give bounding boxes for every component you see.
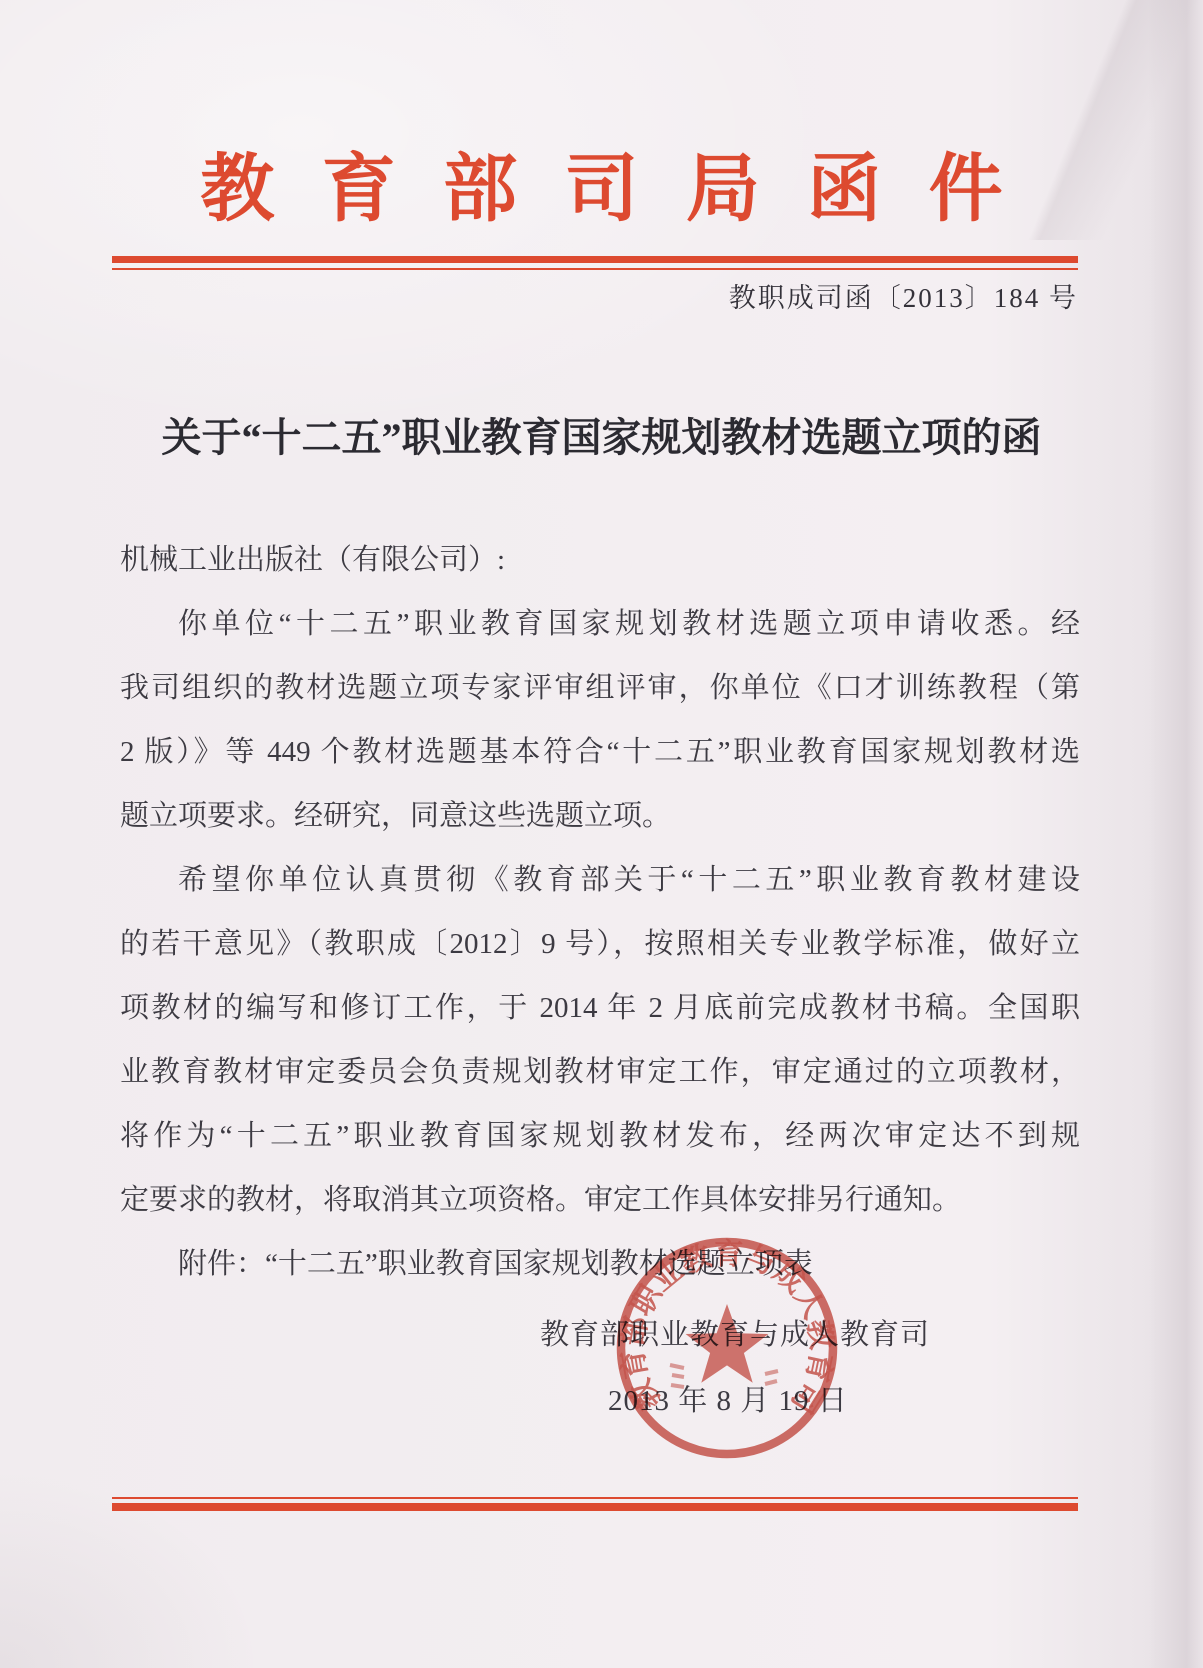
official-seal: 教育部职业教育与成人教育司 bbox=[612, 1233, 842, 1463]
body-line: 我司组织的教材选题立项专家评审组评审，你单位《口才训练教程（第 bbox=[120, 668, 1080, 708]
letter-title: 关于“十二五”职业教育国家规划教材选题立项的函 bbox=[60, 406, 1143, 463]
body-line: 题立项要求。经研究，同意这些选题立项。 bbox=[120, 796, 1080, 836]
body-line: 2 版）》等 449 个教材选题基本符合“十二五”职业教育国家规划教材选 bbox=[120, 732, 1080, 772]
body-line: 你单位“十二五”职业教育国家规划教材选题立项申请收悉。经 bbox=[120, 604, 1080, 644]
body-line: 的若干意见》（教职成〔2012〕9 号），按照相关专业教学标准，做好立 bbox=[120, 924, 1080, 964]
attachment-line: 附件：“十二五”职业教育国家规划教材选题立项表 bbox=[120, 1244, 1080, 1284]
body-line: 业教育教材审定委员会负责规划教材审定工作，审定通过的立项教材， bbox=[120, 1052, 1080, 1092]
header-rule-thick bbox=[112, 256, 1078, 263]
body-line: 希望你单位认真贯彻《教育部关于“十二五”职业教育教材建设 bbox=[120, 860, 1080, 900]
seal-code-mark bbox=[670, 1365, 778, 1387]
letterhead-title: 教育部司局函件 bbox=[0, 130, 1203, 236]
document-number: 教职成司函〔2013〕184 号 bbox=[729, 276, 1078, 315]
body-line: 定要求的教材，将取消其立项资格。审定工作具体安排另行通知。 bbox=[120, 1180, 1080, 1220]
header-rule-thin bbox=[112, 268, 1078, 270]
footer-rule-thin bbox=[112, 1497, 1078, 1499]
body-line: 将作为“十二五”职业教育国家规划教材发布，经两次审定达不到规 bbox=[120, 1116, 1080, 1156]
body-line: 项教材的编写和修订工作，于 2014 年 2 月底前完成教材书稿。全国职 bbox=[120, 988, 1080, 1028]
paper-crease-right-edge bbox=[1148, 0, 1203, 1668]
footer-rule-thick bbox=[112, 1503, 1078, 1511]
scanned-letter-page: 教育部司局函件 教职成司函〔2013〕184 号 关于“十二五”职业教育国家规划… bbox=[0, 0, 1203, 1668]
seal-star bbox=[686, 1304, 769, 1383]
recipient-line: 机械工业出版社（有限公司）: bbox=[120, 540, 1080, 580]
